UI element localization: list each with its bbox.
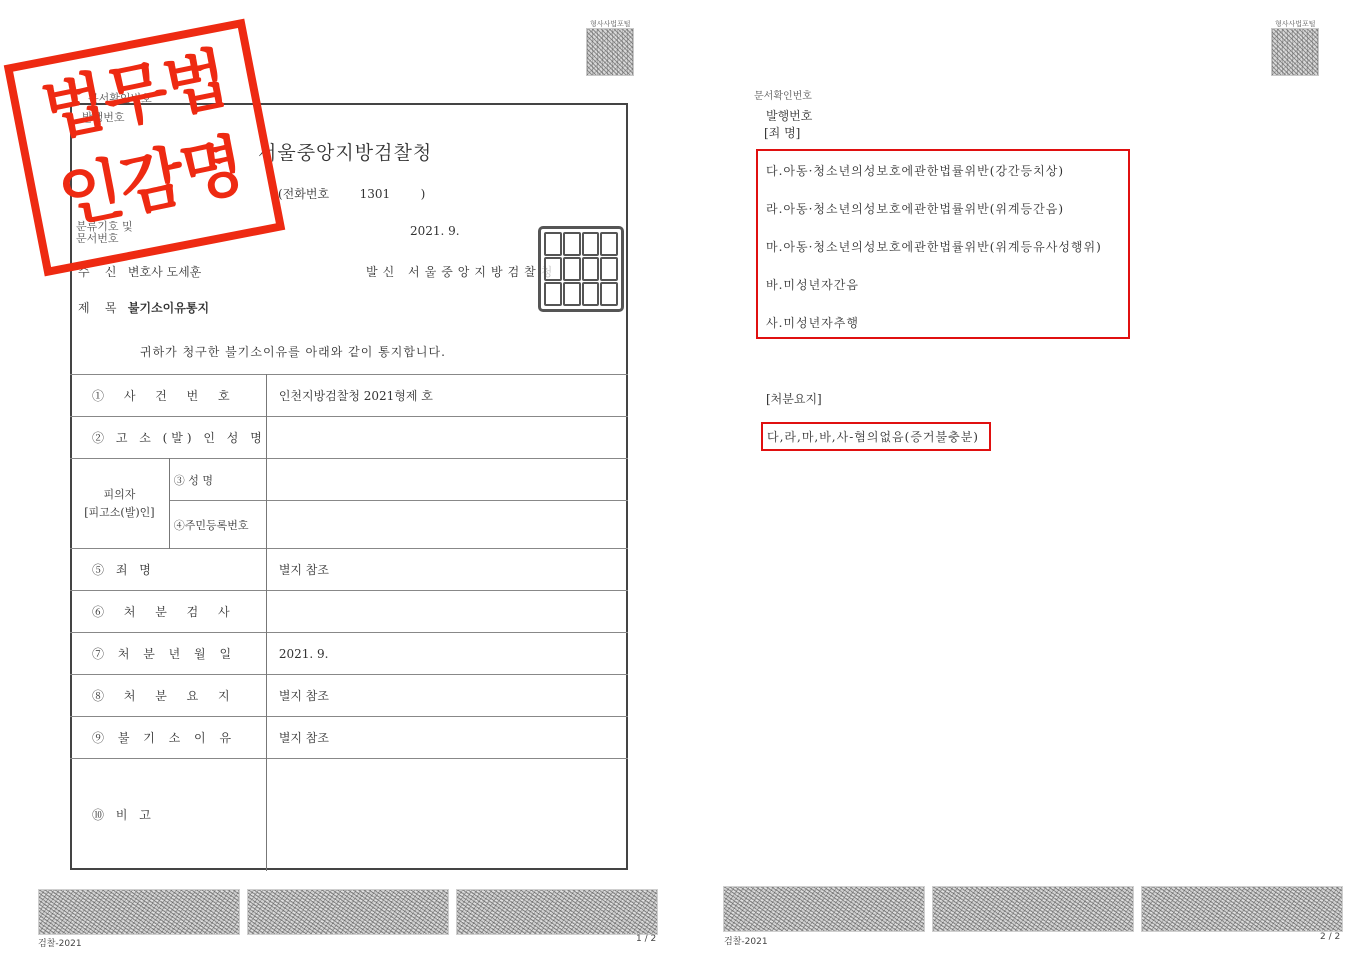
suspect-group-label: 피의자 [피고소(발)인]	[70, 459, 169, 549]
row-value: 2021. 9.	[266, 633, 628, 675]
official-seal-icon	[538, 226, 624, 312]
crime-item: 바.미성년자간음	[766, 276, 859, 293]
row-value	[266, 759, 628, 871]
sender-value: 서울중앙지방검찰청	[408, 265, 557, 279]
row-label: ⑥ 처 분 검 사	[70, 591, 266, 633]
qr-code	[586, 28, 634, 76]
table-row: ⑨ 불 기 소 이 유 별지 참조	[70, 717, 628, 759]
table-row: ⑦ 처 분 년 월 일 2021. 9.	[70, 633, 628, 675]
suspect-label: 피의자	[70, 486, 169, 504]
row-label: ③ 성 명	[169, 459, 266, 501]
page-number: 1 / 2	[636, 934, 656, 944]
doc-confirm-label: 문서확인번호	[754, 87, 812, 102]
sender-line: 발신 서울중앙지방검찰청	[366, 263, 557, 280]
row-value	[266, 591, 628, 633]
disposition-heading: [처분요지]	[766, 390, 822, 407]
disposition-text: 다,라,마,바,사-혐의없음(증거불충분)	[767, 428, 979, 445]
row-label: ⑧ 처 분 요 지	[70, 675, 266, 717]
table-row: ⑩ 비 고	[70, 759, 628, 871]
row-value	[266, 501, 628, 549]
agency-title: 서울중앙지방검찰청	[258, 138, 432, 165]
crime-heading: [죄 명]	[764, 124, 800, 141]
row-value	[266, 417, 628, 459]
row-value: 별지 참조	[266, 549, 628, 591]
sender-label: 발신	[366, 265, 399, 279]
crime-item: 사.미성년자추행	[766, 314, 859, 331]
phone-label: (전화번호	[278, 187, 329, 201]
phone-close: )	[421, 187, 426, 201]
row-value: 별지 참조	[266, 675, 628, 717]
notice-page-2	[683, 0, 1366, 967]
barcode	[247, 889, 449, 935]
issue-no-label: 발행번호	[766, 107, 812, 124]
row-label: ⑤ 죄 명	[70, 549, 266, 591]
row-value: 인천지방검찰청 2021형제 호	[266, 375, 628, 417]
suspect-sub-label: [피고소(발)인]	[70, 504, 169, 522]
table-row: 피의자 [피고소(발)인] ③ 성 명	[70, 459, 628, 501]
table-row: ⑤ 죄 명 별지 참조	[70, 549, 628, 591]
page-number: 2 / 2	[1320, 932, 1340, 942]
row-label: ⑦ 처 분 년 월 일	[70, 633, 266, 675]
subject-line: 제 목 불기소이유통지	[78, 299, 209, 316]
issue-date: 2021. 9.	[410, 224, 460, 238]
subject-label: 제 목	[78, 301, 116, 315]
row-label: ① 사 건 번 호	[70, 375, 266, 417]
barcode	[1141, 886, 1343, 932]
phone-line: (전화번호 1301 )	[278, 185, 425, 202]
table-row: ① 사 건 번 호 인천지방검찰청 2021형제 호	[70, 375, 628, 417]
crime-item: 라.아동·청소년의성보호에관한법률위반(위계등간음)	[766, 200, 1064, 217]
table-row: ② 고 소 (발) 인 성 명	[70, 417, 628, 459]
row-label: ⑨ 불 기 소 이 유	[70, 717, 266, 759]
recipient-value: 변호사 도세훈	[128, 265, 201, 279]
notice-sentence: 귀하가 청구한 불기소이유를 아래와 같이 통지합니다.	[140, 343, 446, 360]
row-value	[266, 459, 628, 501]
barcode	[38, 889, 240, 935]
footer-form-code: 검찰-2021	[724, 934, 768, 947]
notice-table: ① 사 건 번 호 인천지방검찰청 2021형제 호 ② 고 소 (발) 인 성…	[70, 374, 628, 871]
footer-form-code: 검찰-2021	[38, 936, 82, 949]
crime-item: 다.아동·청소년의성보호에관한법률위반(강간등치상)	[766, 162, 1064, 179]
law-firm-stamp: 법무법 인감명	[4, 19, 286, 277]
barcode	[932, 886, 1134, 932]
table-row: ⑧ 처 분 요 지 별지 참조	[70, 675, 628, 717]
row-label: ④주민등록번호	[169, 501, 266, 549]
barcode	[456, 889, 658, 935]
crime-item: 마.아동·청소년의성보호에관한법률위반(위계등유사성행위)	[766, 238, 1102, 255]
table-row: ⑥ 처 분 검 사	[70, 591, 628, 633]
qr-code	[1271, 28, 1319, 76]
subject-value: 불기소이유통지	[128, 301, 209, 315]
row-value: 별지 참조	[266, 717, 628, 759]
barcode	[723, 886, 925, 932]
row-label: ⑩ 비 고	[70, 759, 266, 871]
row-label: ② 고 소 (발) 인 성 명	[70, 417, 266, 459]
phone-value: 1301	[360, 187, 391, 201]
